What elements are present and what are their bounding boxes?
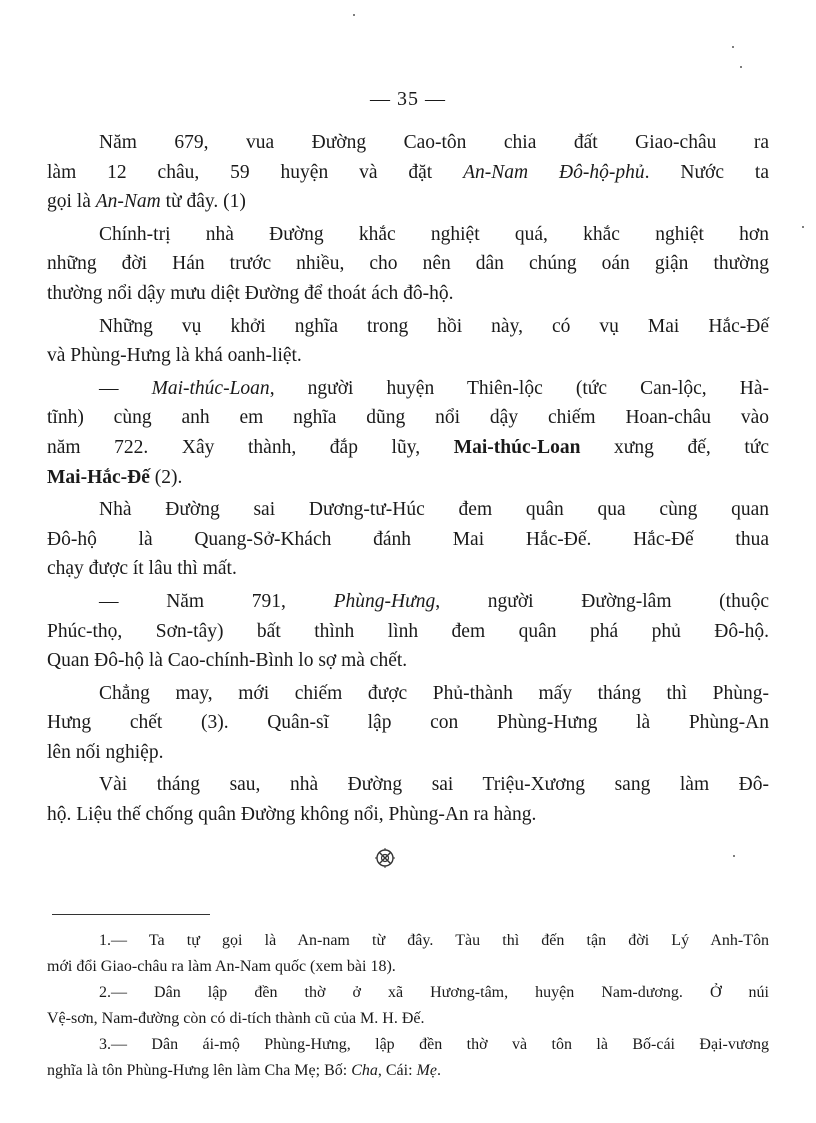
text-line: Vệ-sơn, Nam-đường còn có di-tích thành c… [47,1006,769,1032]
paragraph: Chính-trị nhà Đường khắc nghiệt quá, khắ… [47,220,769,309]
text-line: Những vụ khởi nghĩa trong hồi này, có vụ… [47,312,769,342]
knot-ornament-icon [373,846,397,870]
scan-speck [353,14,355,16]
paragraph: Những vụ khởi nghĩa trong hồi này, có vụ… [47,312,769,371]
scan-speck [732,46,734,48]
text-line: Nhà Đường sai Dương-tư-Húc đem quân qua … [47,495,769,525]
text-line: Mai-Hắc-Đế (2). [47,463,769,493]
text-line: thường nổi dậy mưu diệt Đường để thoát á… [47,279,769,309]
text-line: 2.— Dân lập đền thờ ở xã Hương-tâm, huyệ… [47,980,769,1006]
text-line: hộ. Liệu thế chống quân Đường không nổi,… [47,800,769,830]
scan-speck [740,66,742,68]
text-line: Quan Đô-hộ là Cao-chính-Bình lo sợ mà ch… [47,646,769,676]
paragraph: Năm 679, vua Đường Cao-tôn chia đất Giao… [47,128,769,217]
scan-speck [733,855,735,857]
text-line: mới đổi Giao-châu ra làm An-Nam quốc (xe… [47,954,769,980]
paragraph: — Năm 791, Phùng-Hưng, người Đường-lâm (… [47,587,769,676]
text-line: — Năm 791, Phùng-Hưng, người Đường-lâm (… [47,587,769,617]
text-line: 3.— Dân ái-mộ Phùng-Hưng, lập đền thờ và… [47,1032,769,1058]
footnote: 1.— Ta tự gọi là An-nam từ đây. Tàu thì … [47,928,769,980]
paragraph: Chẳng may, mới chiếm được Phủ-thành mấy … [47,679,769,768]
text-line: Đô-hộ là Quang-Sở-Khách đánh Mai Hắc-Đế.… [47,525,769,555]
paragraph: Vài tháng sau, nhà Đường sai Triệu-Xương… [47,770,769,829]
footnote: 2.— Dân lập đền thờ ở xã Hương-tâm, huyệ… [47,980,769,1032]
text-line: lên nối nghiệp. [47,738,769,768]
text-line: gọi là An-Nam từ đây. (1) [47,187,769,217]
body-text: Năm 679, vua Đường Cao-tôn chia đất Giao… [47,128,769,830]
footnote-divider [52,914,210,915]
footnote: 3.— Dân ái-mộ Phùng-Hưng, lập đền thờ và… [47,1032,769,1084]
text-line: chạy được ít lâu thì mất. [47,554,769,584]
text-line: Năm 679, vua Đường Cao-tôn chia đất Giao… [47,128,769,158]
paragraph: Nhà Đường sai Dương-tư-Húc đem quân qua … [47,495,769,584]
text-line: Hưng chết (3). Quân-sĩ lập con Phùng-Hưn… [47,708,769,738]
footnotes: 1.— Ta tự gọi là An-nam từ đây. Tàu thì … [47,928,769,1084]
text-line: và Phùng-Hưng là khá oanh-liệt. [47,341,769,371]
text-line: Phúc-thọ, Sơn-tây) bất thình lình đem qu… [47,617,769,647]
text-line: Chẳng may, mới chiếm được Phủ-thành mấy … [47,679,769,709]
text-line: — Mai-thúc-Loan, người huyện Thiên-lộc (… [47,374,769,404]
text-line: Chính-trị nhà Đường khắc nghiệt quá, khắ… [47,220,769,250]
text-line: Vài tháng sau, nhà Đường sai Triệu-Xương… [47,770,769,800]
text-line: năm 722. Xây thành, đắp lũy, Mai-thúc-Lo… [47,433,769,463]
paragraph: — Mai-thúc-Loan, người huyện Thiên-lộc (… [47,374,769,492]
text-line: những đời Hán trước nhiều, cho nên dân c… [47,249,769,279]
text-line: nghĩa là tôn Phùng-Hưng lên làm Cha Mẹ; … [47,1058,769,1084]
text-line: làm 12 châu, 59 huyện và đặt An-Nam Đô-h… [47,158,769,188]
scan-speck [802,226,804,228]
text-line: tĩnh) cùng anh em nghĩa dũng nổi dậy chi… [47,403,769,433]
page-number: — 35 — [0,88,816,111]
text-line: 1.— Ta tự gọi là An-nam từ đây. Tàu thì … [47,928,769,954]
